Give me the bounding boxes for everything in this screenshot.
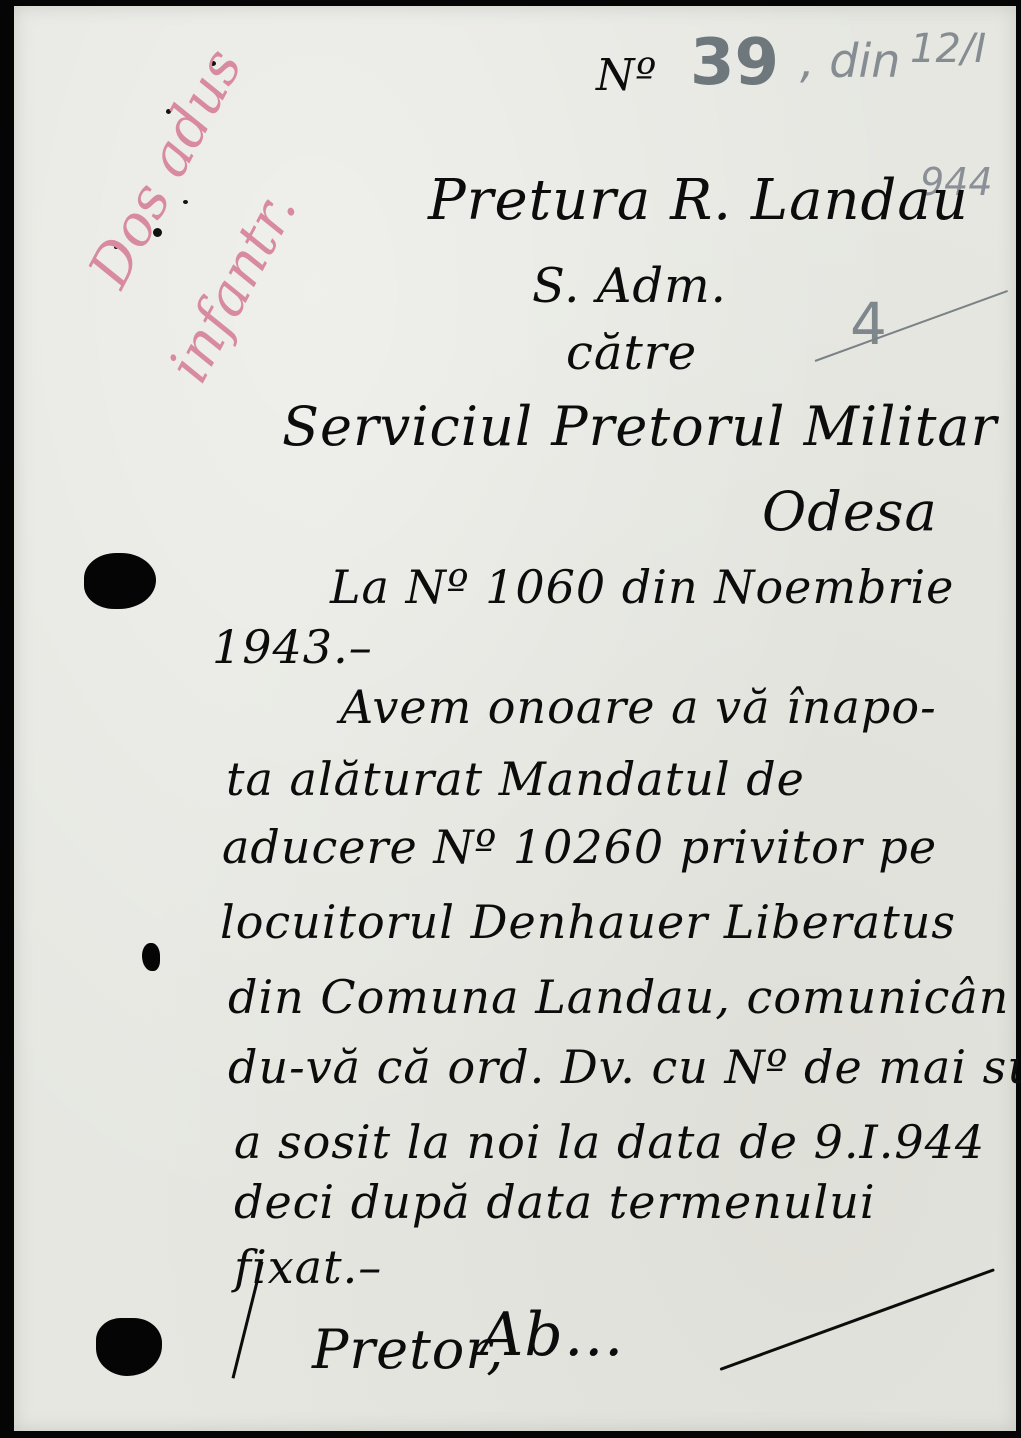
- body-line: deci după data termenului: [234, 1175, 876, 1229]
- body-line: a sosit la noi la data de 9.I.944: [234, 1115, 985, 1169]
- body-line: Avem onoare a vă înapo-: [340, 680, 937, 734]
- sender-office: Pretura R. Landau: [428, 168, 969, 233]
- body-line: La Nº 1060 din Noembrie: [330, 560, 954, 614]
- sender-section: S. Adm.: [532, 258, 727, 314]
- signature-title: Pretor,: [312, 1318, 504, 1381]
- punch-hole-middle: [142, 943, 160, 971]
- body-line: din Comuna Landau, comunicân: [228, 970, 1009, 1024]
- recipient: Serviciul Pretorul Militar: [282, 395, 997, 458]
- registry-number: 39: [690, 26, 779, 100]
- body-line: ta alăturat Mandatul de: [226, 752, 805, 806]
- body-line: du-vă că ord. Dv. cu Nº de mai sus: [228, 1040, 1021, 1094]
- body-line: aducere Nº 10260 privitor pe: [222, 820, 937, 874]
- folio-mark: 4: [850, 290, 887, 358]
- registry-date: 12/I: [910, 26, 986, 72]
- signature: Ab…: [480, 1300, 625, 1370]
- registry-label: Nº: [596, 50, 657, 101]
- body-line: 1943.–: [212, 620, 373, 674]
- addressed-to: către: [566, 325, 697, 381]
- registry-din: , din: [800, 34, 900, 88]
- recipient-city: Odesa: [762, 480, 938, 543]
- body-line: locuitorul Denhauer Liberatus: [220, 895, 956, 949]
